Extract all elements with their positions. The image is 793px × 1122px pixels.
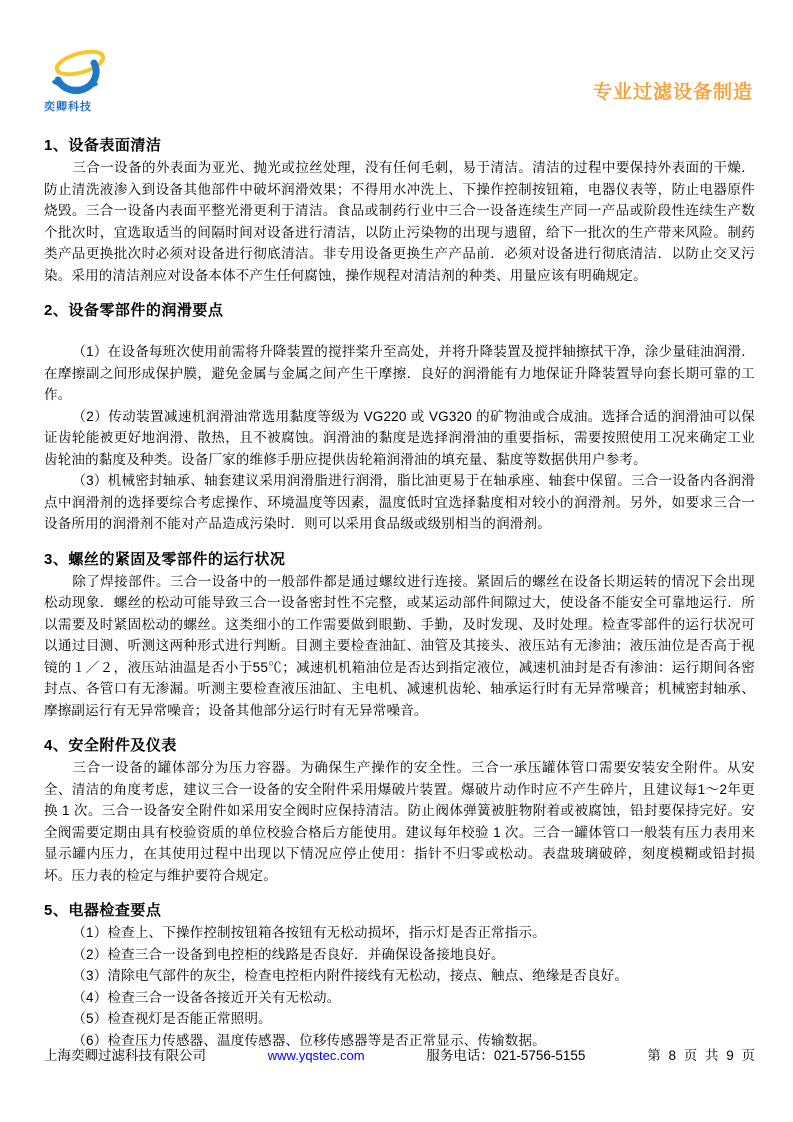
page-header: 奕卿科技 专业过滤设备制造 [0, 0, 793, 114]
section-title-safety-accessories: 4、安全附件及仪表 [44, 734, 755, 755]
section-title-electrical-check: 5、电器检查要点 [44, 899, 755, 920]
section-paragraph: （2）传动装置减速机润滑油常选用黏度等级为 VG220 或 VG320 的矿物油… [44, 406, 755, 471]
header-slogan: 专业过滤设备制造 [593, 77, 753, 104]
globe-logo-icon [44, 46, 110, 100]
logo-text: 奕卿科技 [44, 98, 92, 114]
checklist-item: （2）检查三合一设备到电控柜的线路是否良好．并确保设备接地良好。 [44, 944, 755, 966]
footer-company-name: 上海奕卿过滤科技有限公司 [44, 1044, 206, 1064]
page-footer: 上海奕卿过滤科技有限公司 www.yqstec.com 服务电话：021-575… [44, 1044, 757, 1064]
document-page: 奕卿科技 专业过滤设备制造 1、设备表面清洁 三合一设备的外表面为亚光、抛光或拉… [0, 0, 793, 1122]
checklist-item: （5）检查视灯是否能正常照明。 [44, 1008, 755, 1030]
section-paragraph: （3）机械密封轴承、轴套建议采用润滑脂进行润滑，脂比油更易于在轴承座、轴套中保留… [44, 470, 755, 535]
section-title-lubrication-points: 2、设备零部件的润滑要点 [44, 299, 755, 320]
footer-page-number: 第 8 页 共 9 页 [647, 1044, 757, 1064]
document-body: 1、设备表面清洁 三合一设备的外表面为亚光、抛光或拉丝处理，没有任何毛刺，易于清… [0, 114, 793, 1051]
checklist-item: （4）检查三合一设备各接近开关有无松动。 [44, 987, 755, 1009]
company-logo: 奕卿科技 [44, 46, 110, 114]
checklist-item: （3）清除电气部件的灰尘，检查电控柜内附件接线有无松动，接点、触点、绝缘是否良好… [44, 965, 755, 987]
section-paragraph: 除了焊接部件。三合一设备中的一般部件都是通过螺纹进行连接。紧固后的螺丝在设备长期… [44, 571, 755, 722]
section-paragraph: （1）在设备每班次使用前需将升降装置的搅拌桨升至高处，并将升降装置及搅拌轴擦拭干… [44, 341, 755, 406]
footer-service-phone: 服务电话：021-5756-5155 [426, 1044, 585, 1064]
footer-website-link[interactable]: www.yqstec.com [268, 1048, 365, 1063]
section-paragraph: 三合一设备的罐体部分为压力容器。为确保生产操作的安全性。三合一承压罐体管口需要安… [44, 757, 755, 886]
checklist-item: （1）检查上、下操作控制按钮箱各按钮有无松动损坏，指示灯是否正常指示。 [44, 922, 755, 944]
section-title-screw-tightening: 3、螺丝的紧固及零部件的运行状况 [44, 548, 755, 569]
section-paragraph: 三合一设备的外表面为亚光、抛光或拉丝处理，没有任何毛刺，易于清洁。清洁的过程中要… [44, 157, 755, 286]
section-title-surface-cleaning: 1、设备表面清洁 [44, 134, 755, 155]
